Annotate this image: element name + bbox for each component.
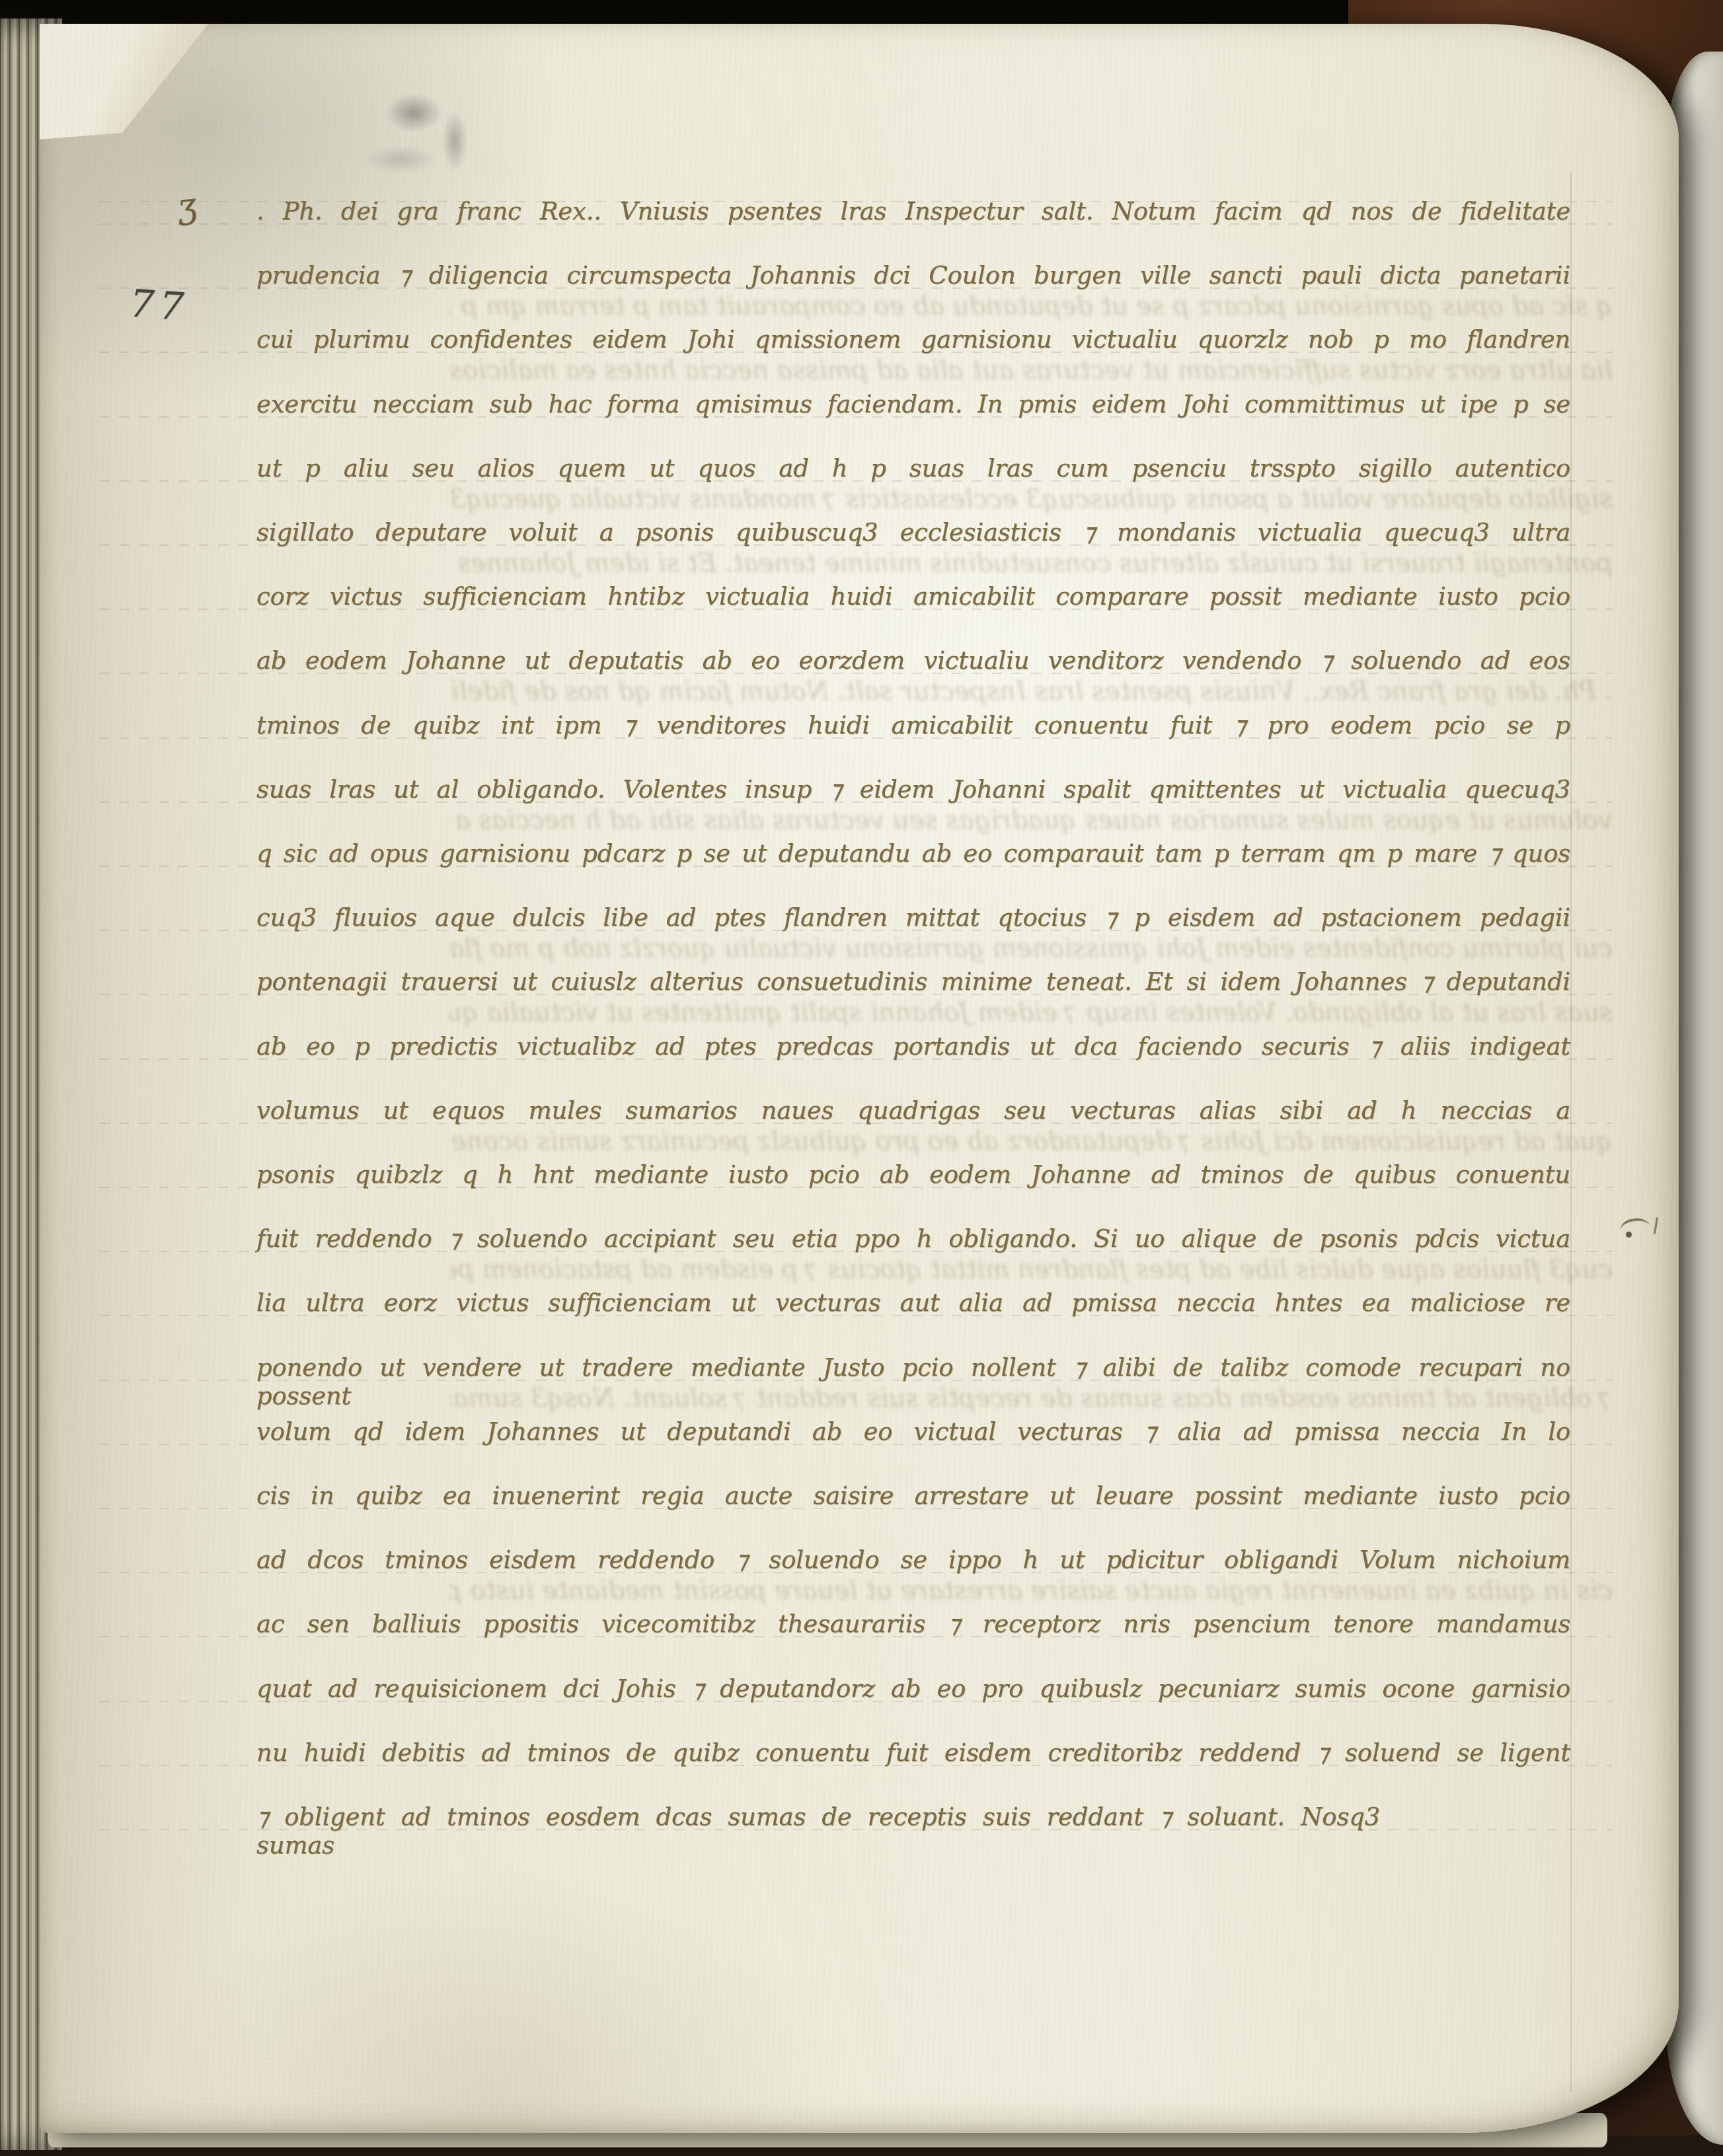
- manuscript-line: volumus ut equos mules sumarios naues qu…: [256, 1096, 1570, 1156]
- manuscript-line: ab eodem Johanne ut deputatis ab eo eorz…: [256, 646, 1570, 706]
- manuscript-line: pontenagii trauersi ut cuiuslz alterius …: [256, 967, 1570, 1027]
- manuscript-line: q sic ad opus garnisionu pdcarz p se ut …: [256, 839, 1570, 899]
- manuscript-line: cis in quibz ea inuenerint regia aucte s…: [256, 1481, 1570, 1541]
- margin-ink-dot: [1626, 1232, 1632, 1238]
- manuscript-line: corz victus sufficienciam hntibz victual…: [256, 582, 1570, 642]
- parchment-page: q sic ad opus garnisionu pdcarz p se ut …: [40, 24, 1679, 2133]
- manuscript-line: ut p aliu seu alios quem ut quos ad h p …: [256, 454, 1570, 513]
- manuscript-line: ac sen balliuis ppositis vicecomitibz th…: [256, 1610, 1570, 1669]
- manuscript-line: prudencia ⁊ diligencia circumspecta Joha…: [256, 261, 1570, 320]
- folio-number: 77: [128, 281, 190, 330]
- manuscript-line: nu huidi debitis ad tminos de quibz conu…: [256, 1738, 1570, 1798]
- manuscript-line: ab eo p predictis victualibz ad ptes pre…: [256, 1032, 1570, 1092]
- manuscript-line: quat ad requisicionem dci Johis ⁊ deputa…: [256, 1674, 1570, 1734]
- manuscript-line: psonis quibzlz q h hnt mediante iusto pc…: [256, 1160, 1570, 1220]
- manuscript-line: fuit reddendo ⁊ soluendo accipiant seu e…: [256, 1224, 1570, 1284]
- manuscript-line: cuq3 fluuios aque dulcis libe ad ptes fl…: [256, 903, 1570, 963]
- manuscript-line: . Ph. dei gra franc Rex.. Vniusis psente…: [256, 197, 1570, 256]
- manuscript-line: sigillato deputare voluit a psonis quibu…: [256, 518, 1570, 577]
- manuscript-line: ad dcos tminos eisdem reddendo ⁊ soluend…: [256, 1545, 1570, 1605]
- manuscript-line: suas lras ut al obligando. Volentes insu…: [256, 775, 1570, 835]
- manuscript-photograph: q sic ad opus garnisionu pdcarz p se ut …: [0, 0, 1723, 2156]
- manuscript-line: ponendo ut vendere ut tradere mediante J…: [256, 1353, 1570, 1413]
- manuscript-line: ⁊ obligent ad tminos eosdem dcas sumas d…: [256, 1803, 1380, 1862]
- manuscript-line: cui plurimu confidentes eidem Johi qmiss…: [256, 325, 1570, 385]
- manuscript-line: exercitu necciam sub hac forma qmisimus …: [256, 390, 1570, 449]
- manuscript-line: volum qd idem Johannes ut deputandi ab e…: [256, 1417, 1570, 1477]
- manuscript-line: lia ultra eorz victus sufficienciam ut v…: [256, 1288, 1570, 1348]
- text-layer: . Ph. dei gra franc Rex.. Vniusis psente…: [40, 24, 1679, 2133]
- manuscript-line: tminos de quibz int ipm ⁊ venditores hui…: [256, 711, 1570, 770]
